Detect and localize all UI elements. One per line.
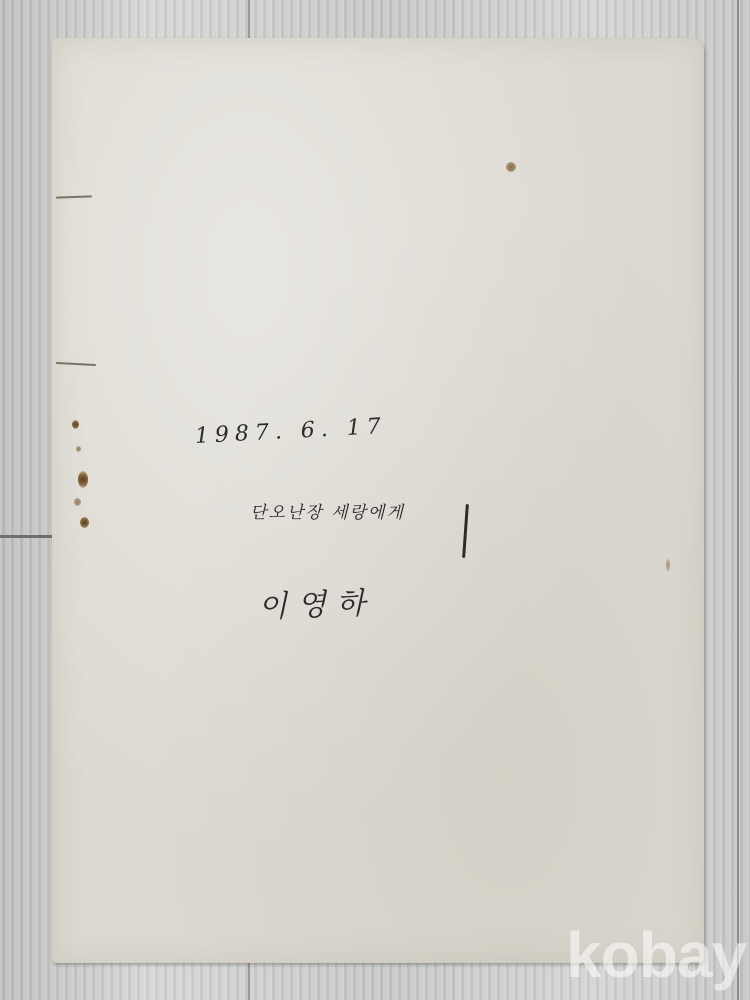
rust-spot [72,420,79,429]
watermark-logo: kobay [566,918,746,992]
handwritten-signature: 이영하 [257,578,375,626]
rust-spot [78,471,88,488]
paper-tear [56,195,92,198]
stain-spot [506,162,516,172]
handwritten-dedication: 단오난장 세랑에게 [250,498,405,523]
rust-spot [76,446,81,452]
stain-spot [666,558,670,572]
floor-plank-seam [0,535,52,538]
paper-tear [56,362,96,366]
floor-plank-seam [248,963,250,1000]
floor-plank-seam [737,0,739,1000]
rust-spot [80,517,89,528]
floor-plank-seam [248,0,250,38]
rust-spot [74,498,81,506]
